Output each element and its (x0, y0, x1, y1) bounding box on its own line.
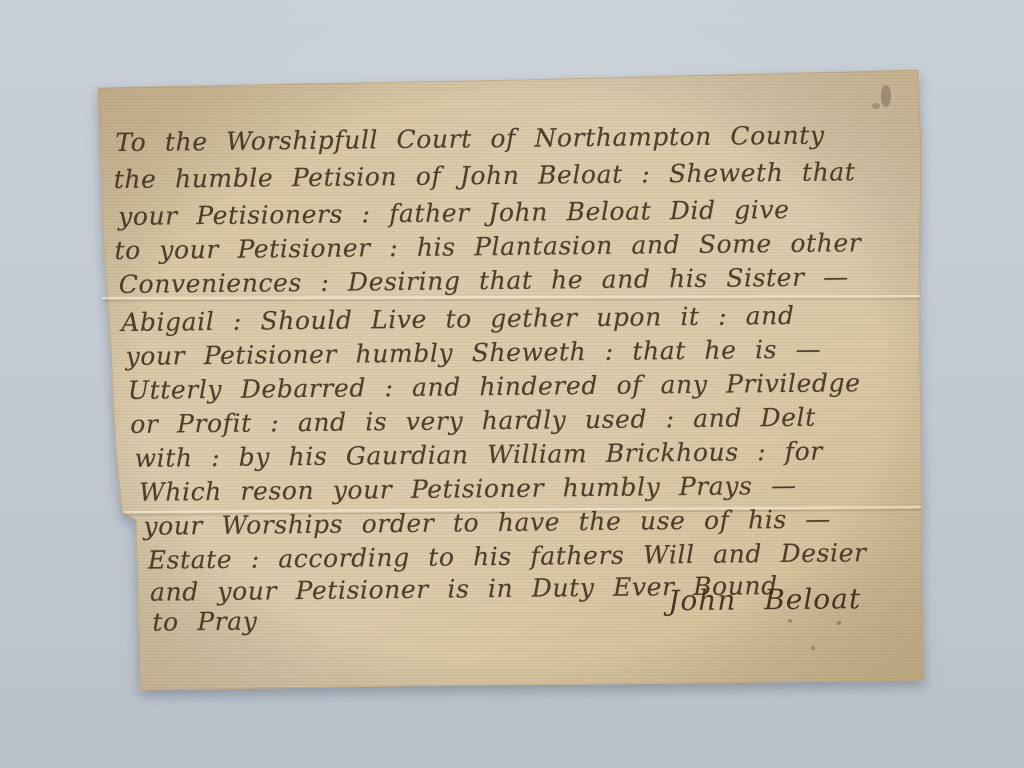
text-line: to your Petisioner : his Plantasion and … (114, 228, 861, 265)
text-line: with : by his Gaurdian William Brickhous… (135, 437, 823, 473)
text-line: Which reson your Petisioner humbly Prays… (139, 471, 797, 507)
text-line: your Petisioners : father John Beloat Di… (118, 195, 790, 231)
text-line: your Worships order to have the use of h… (143, 505, 831, 541)
text-line: Utterly Debarred : and hindered of any P… (128, 368, 861, 405)
text-line: the humble Petision of John Beloat : She… (114, 157, 856, 194)
text-line: to Pray (152, 607, 257, 637)
handwritten-petition: To the Worshipfull Court of Northampton … (115, 100, 921, 668)
text-line: or Profit : and is very hardly used : an… (130, 403, 816, 439)
text-line: Abigail : Should Live to gether upon it … (121, 301, 795, 337)
text-line: To the Worshipfull Court of Northampton … (115, 121, 825, 157)
signature: John Beloat (668, 582, 861, 617)
text-line: Conveniences : Desiring that he and his … (119, 262, 849, 299)
text-line: your Petisioner humbly Sheweth : that he… (125, 335, 821, 371)
text-line: Estate : according to his fathers Will a… (148, 538, 867, 575)
